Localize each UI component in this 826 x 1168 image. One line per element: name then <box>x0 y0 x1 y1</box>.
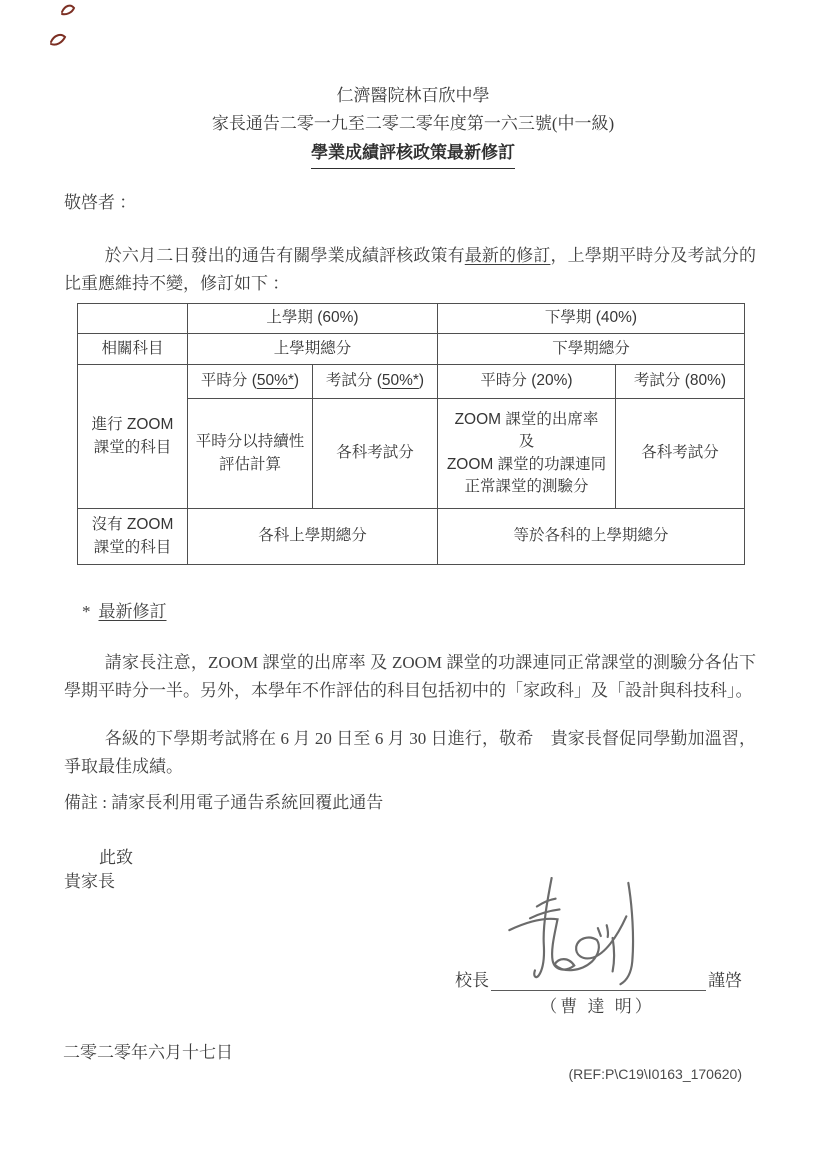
cell-second-term-total: 下學期總分 <box>438 334 745 365</box>
salutation: 敬啓者 ： <box>64 188 136 213</box>
exam-schedule-paragraph: 各級的下學期考試將在 6 月 20 日至 6 月 30 日進行，敬希 貴家長督促… <box>64 725 756 781</box>
reference-number: (REF:P\C19\I0163_170620) <box>568 1066 742 1082</box>
document-header: 仁濟醫院林百欣中學 家長通告二零一九至二零二零年度第一六三號(中一級) 學業成績… <box>0 82 826 169</box>
notice-number-line: 家長通告二零一九至二零二零年度第一六三號(中一級) <box>0 110 826 138</box>
sign-off-label: 謹啓 <box>708 966 742 991</box>
principal-name: （曹 達 明） <box>490 992 705 1017</box>
intro-paragraph: 於六月二日發出的通告有關學業成績評核政策有最新的修訂，上學期平時分及考試分的比重… <box>64 242 756 298</box>
cell-subjects-label: 相關科目 <box>78 334 188 365</box>
intro-text-before: 於六月二日發出的通告有關學業成績評核政策有 <box>105 246 465 265</box>
document-date: 二零二零年六月十七日 <box>63 1038 233 1063</box>
cell-nozoom-second: 等於各科的上學期總分 <box>438 509 745 565</box>
document-title: 學業成績評核政策最新修訂 <box>311 139 515 169</box>
cell-exam-second-content: 各科考試分 <box>616 399 745 509</box>
assessment-policy-table: 上學期 (60%) 下學期 (40%) 相關科目 上學期總分 下學期總分 進行 … <box>77 303 745 565</box>
school-name: 仁濟醫院林百欣中學 <box>0 82 826 110</box>
attention-paragraph: 請家長注意，ZOOM 課堂的出席率 及 ZOOM 課堂的功課連同正常課堂的測驗分… <box>64 649 756 705</box>
cell-first-term-header: 上學期 (60%) <box>188 304 438 334</box>
underlined-50pct: 50%* <box>382 372 419 389</box>
cell-nozoom-subjects-label: 沒有 ZOOM 課堂的科目 <box>78 509 188 565</box>
revision-note: *最新修訂 <box>82 597 167 622</box>
cell-blank <box>78 304 188 334</box>
remark-line: 備註 : 請家長利用電子通告系統回覆此通告 <box>64 788 383 813</box>
principal-label: 校長 <box>455 966 489 991</box>
cell-zoom-subjects-label: 進行 ZOOM 課堂的科目 <box>78 365 188 509</box>
cell-daily-first-content: 平時分以持續性評估計算 <box>188 399 313 509</box>
cell-second-term-header: 下學期 (40%) <box>438 304 745 334</box>
cell-nozoom-first: 各科上學期總分 <box>188 509 438 565</box>
cell-daily-second-content: ZOOM 課堂的出席率 及 ZOOM 課堂的功課連同正常課堂的測驗分 <box>438 399 616 509</box>
underlined-50pct: 50%* <box>257 372 294 389</box>
cell-daily-first-header: 平時分 (50%*) <box>188 365 313 399</box>
intro-text-underlined: 最新的修訂 <box>465 246 551 265</box>
cell-exam-first-header: 考試分 (50%*) <box>313 365 438 399</box>
cell-first-term-total: 上學期總分 <box>188 334 438 365</box>
asterisk-marker: * <box>82 602 91 621</box>
closing-recipient: 貴家長 <box>64 867 115 892</box>
closing-salute: 此致 <box>99 843 133 868</box>
cell-daily-second-header: 平時分 (20%) <box>438 365 616 399</box>
cell-exam-second-header: 考試分 (80%) <box>616 365 745 399</box>
signature-line <box>491 968 706 991</box>
red-ink-mark-icon <box>44 2 84 52</box>
signature-row: 校長 謹啓 <box>455 966 742 991</box>
revision-note-text: 最新修訂 <box>99 602 167 621</box>
cell-exam-first-content: 各科考試分 <box>313 399 438 509</box>
